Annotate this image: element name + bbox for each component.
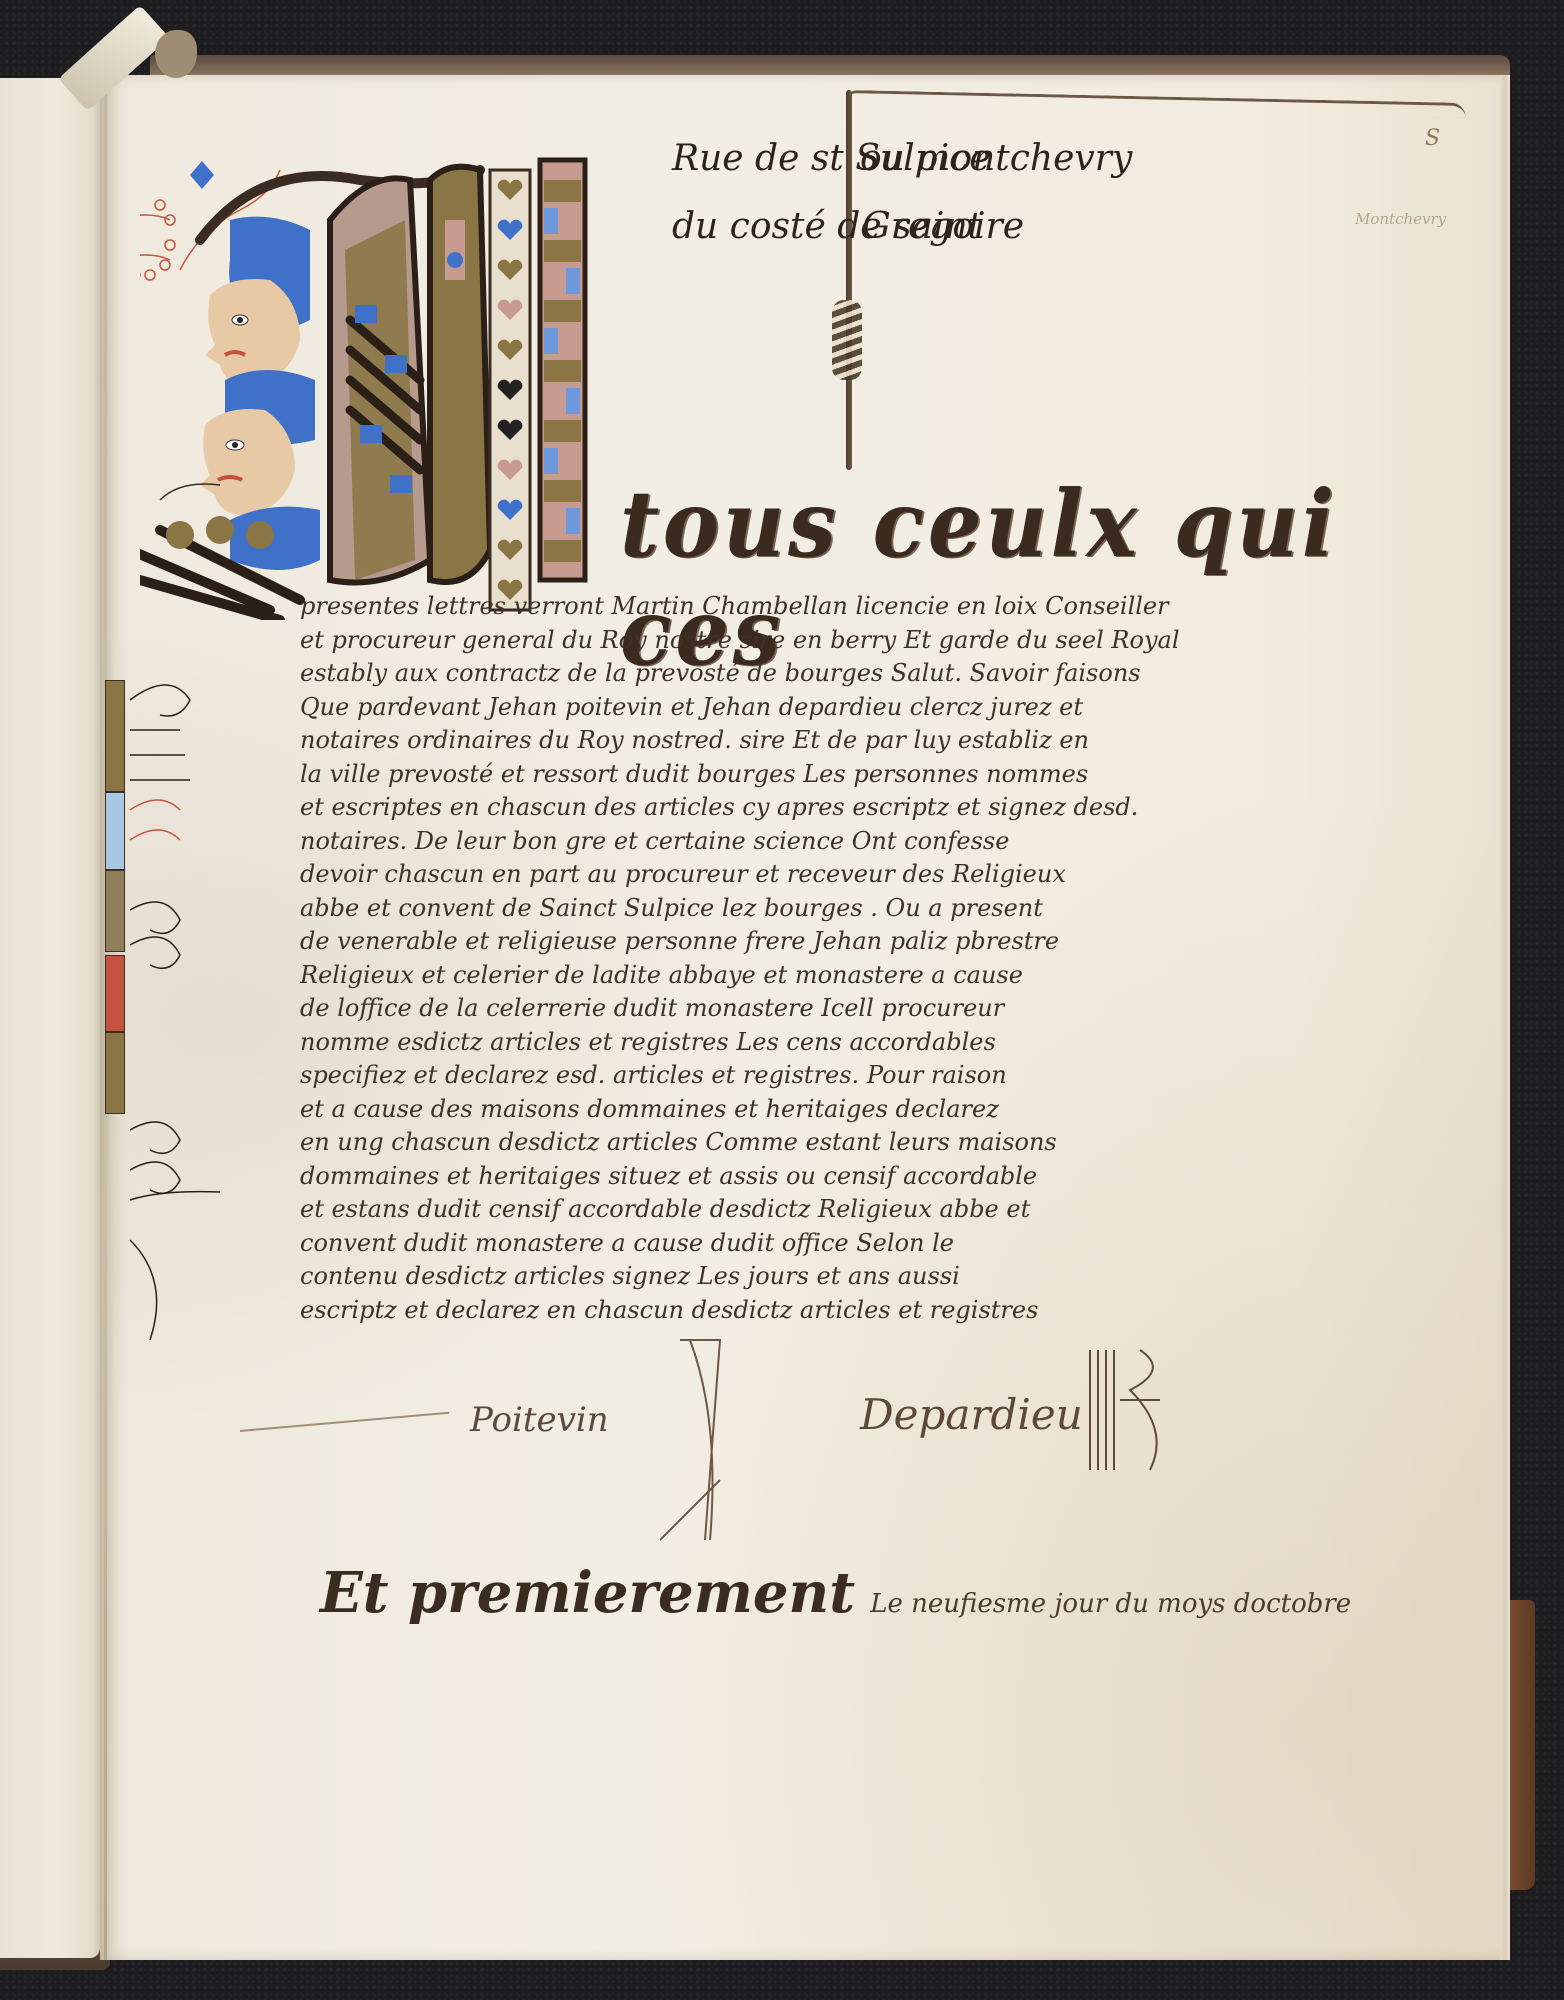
closing-rest: Le neufiesme jour du moys doctobre	[870, 1589, 1351, 1619]
body-line: specifiez et declarez esd. articles et r…	[300, 1059, 1280, 1093]
body-line: notaires. De leur bon gre et certaine sc…	[300, 825, 1280, 859]
charter-body-text: presentes lettres verront Martin Chambel…	[300, 590, 1280, 1327]
blue-diamond-ornament	[190, 161, 214, 189]
penwork-flourishes	[125, 680, 235, 1440]
tab-knot	[155, 30, 197, 78]
body-line: notaires ordinaires du Roy nostred. sire…	[300, 724, 1280, 758]
illuminated-initial	[140, 80, 630, 620]
body-line: et procureur general du Roy nostre sire …	[300, 624, 1280, 658]
gold-segment	[105, 680, 125, 792]
body-line: de loffice de la celerrerie dudit monast…	[300, 992, 1280, 1026]
closing-line: Et premierement Le neufiesme jour du moy…	[320, 1560, 1351, 1626]
letter-a-body	[330, 160, 585, 610]
red-segment	[105, 955, 125, 1032]
body-line: dommaines et heritaiges situez et assis …	[300, 1160, 1280, 1194]
signature-right: Depardieu	[860, 1390, 1083, 1439]
body-line: nomme esdictz articles et registres Les …	[300, 1026, 1280, 1060]
page-fore-edge	[1500, 75, 1510, 1960]
folio-mark: S	[1425, 126, 1440, 151]
body-line: estably aux contractz de la prevosté de …	[300, 657, 1280, 691]
body-line: presentes lettres verront Martin Chambel…	[300, 590, 1280, 624]
body-line: de venerable et religieuse personne frer…	[300, 925, 1280, 959]
gold-segment	[105, 870, 125, 952]
body-line: et estans dudit censif accordable desdic…	[300, 1193, 1280, 1227]
signature-left: Poitevin	[470, 1400, 609, 1440]
body-line: abbe et convent de Sainct Sulpice lez bo…	[300, 892, 1280, 926]
body-line: et a cause des maisons dommaines et heri…	[300, 1093, 1280, 1127]
grotesque-faces	[160, 217, 320, 570]
closing-emphasis: Et premierement	[320, 1560, 855, 1626]
notary-paraph-right	[1080, 1330, 1200, 1560]
signature-stroke	[240, 1412, 449, 1432]
bracket-scroll	[832, 300, 862, 380]
body-line: en ung chascun desdictz articles Comme e…	[300, 1126, 1280, 1160]
body-line: Religieux et celerier de ladite abbaye e…	[300, 959, 1280, 993]
annotation-line1-right: ou montchevry	[860, 138, 1132, 179]
blue-segment	[105, 792, 125, 870]
body-line: la ville prevosté et ressort dudit bourg…	[300, 758, 1280, 792]
gold-segment	[105, 1032, 125, 1114]
body-line: devoir chascun en part au procureur et r…	[300, 858, 1280, 892]
marginal-bar-border	[105, 680, 123, 1320]
notary-signatures: Poitevin Depardieu	[240, 1330, 1240, 1570]
verso-page-edge	[0, 78, 100, 1958]
notary-paraph-left	[660, 1330, 780, 1560]
body-line: convent dudit monastere a cause dudit of…	[300, 1227, 1280, 1261]
body-line: escriptz et declarez en chascun desdictz…	[300, 1294, 1280, 1328]
annotation-line2-right: Gregoire	[862, 206, 1024, 247]
body-line: contenu desdictz articles signez Les jou…	[300, 1260, 1280, 1294]
margin-note: Montchevry	[1355, 210, 1446, 228]
body-line: et escriptes en chascun des articles cy …	[300, 791, 1280, 825]
body-line: Que pardevant Jehan poitevin et Jehan de…	[300, 691, 1280, 725]
